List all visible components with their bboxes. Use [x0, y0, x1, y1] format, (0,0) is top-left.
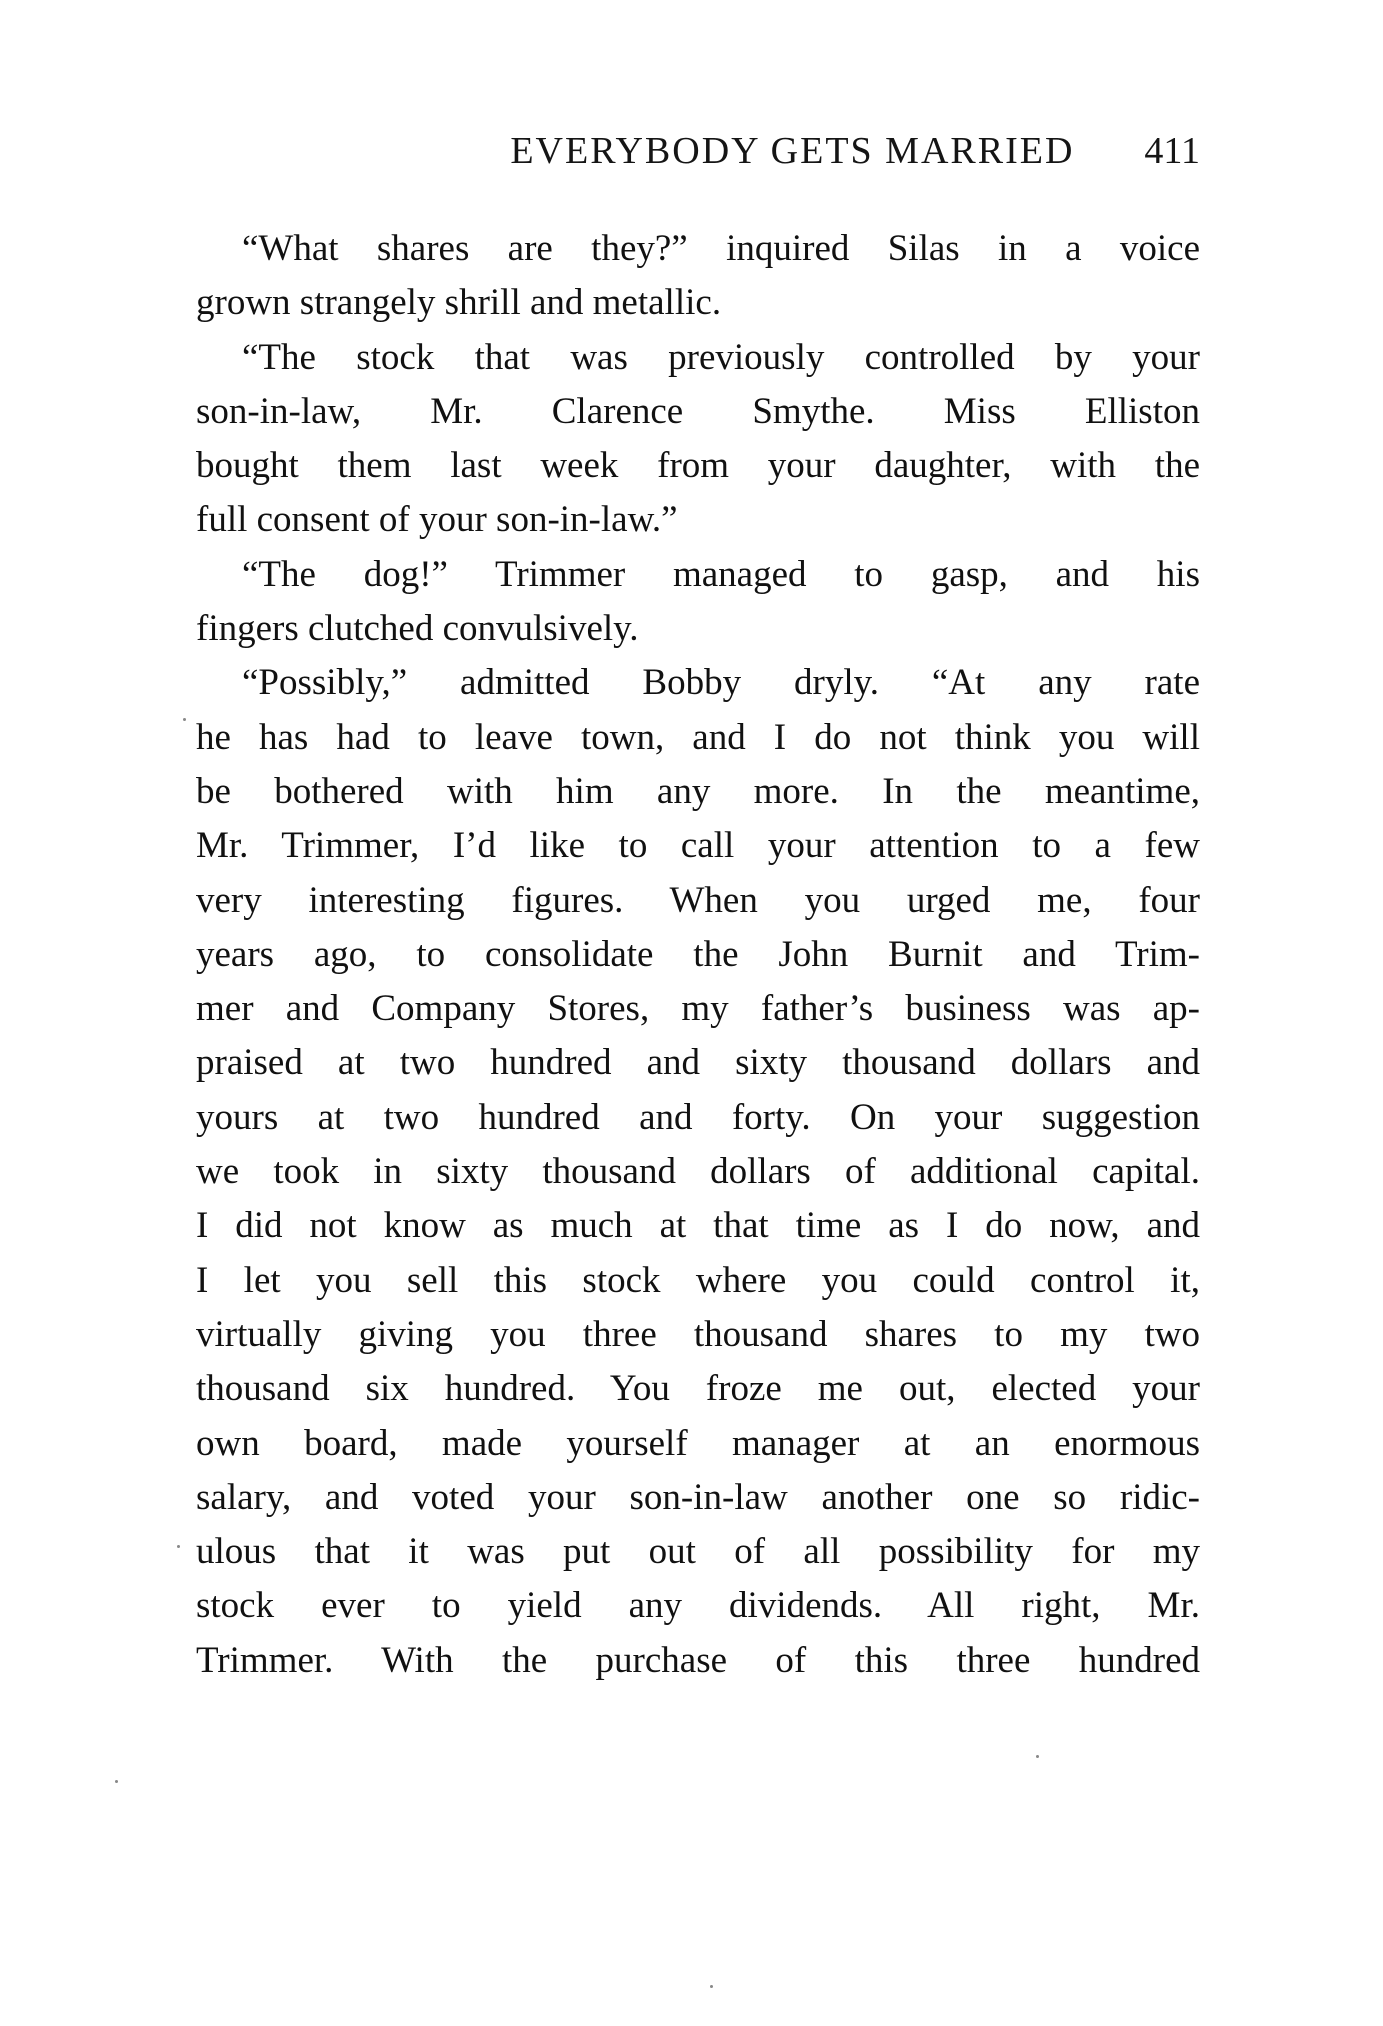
scan-speck — [115, 1780, 118, 1783]
text-line: mer and Company Stores, my father’s busi… — [196, 982, 1200, 1036]
text-line: I did not know as much at that time as I… — [196, 1199, 1200, 1253]
running-title: EVERYBODY GETS MARRIED — [510, 126, 1074, 176]
scan-speck — [177, 1545, 180, 1548]
text-line: I let you sell this stock where you coul… — [196, 1254, 1200, 1308]
text-line: very interesting figures. When you urged… — [196, 874, 1200, 928]
text-line: grown strangely shrill and metallic. — [196, 276, 1200, 330]
text-line: yours at two hundred and forty. On your … — [196, 1091, 1200, 1145]
text-line: praised at two hundred and sixty thousan… — [196, 1036, 1200, 1090]
text-line: thousand six hundred. You froze me out, … — [196, 1362, 1200, 1416]
scan-speck — [183, 718, 186, 721]
text-line: stock ever to yield any dividends. All r… — [196, 1579, 1200, 1633]
text-line: years ago, to consolidate the John Burni… — [196, 928, 1200, 982]
text-line: own board, made yourself manager at an e… — [196, 1417, 1200, 1471]
text-line: “Possibly,” admitted Bobby dryly. “At an… — [196, 656, 1200, 710]
text-line: ulous that it was put out of all possibi… — [196, 1525, 1200, 1579]
scan-speck — [1036, 1755, 1039, 1758]
text-line: Mr. Trimmer, I’d like to call your atten… — [196, 819, 1200, 873]
text-line: we took in sixty thousand dollars of add… — [196, 1145, 1200, 1199]
scan-speck — [710, 1985, 713, 1988]
text-line: virtually giving you three thousand shar… — [196, 1308, 1200, 1362]
book-page: EVERYBODY GETS MARRIED 411 “What shares … — [0, 0, 1383, 2026]
text-line: be bothered with him any more. In the me… — [196, 765, 1200, 819]
page-number: 411 — [1144, 126, 1200, 176]
text-line: “The stock that was previously controlle… — [196, 331, 1200, 385]
text-line: Trimmer. With the purchase of this three… — [196, 1634, 1200, 1688]
body-text: “What shares are they?” inquired Silas i… — [196, 222, 1200, 1688]
text-line: fingers clutched convulsively. — [196, 602, 1200, 656]
text-line: “The dog!” Trimmer managed to gasp, and … — [196, 548, 1200, 602]
text-line: “What shares are they?” inquired Silas i… — [196, 222, 1200, 276]
text-line: he has had to leave town, and I do not t… — [196, 711, 1200, 765]
text-line: full consent of your son-in-law.” — [196, 493, 1200, 547]
running-head: EVERYBODY GETS MARRIED 411 — [196, 126, 1200, 176]
text-line: bought them last week from your daughter… — [196, 439, 1200, 493]
text-line: salary, and voted your son-in-law anothe… — [196, 1471, 1200, 1525]
text-line: son-in-law, Mr. Clarence Smythe. Miss El… — [196, 385, 1200, 439]
